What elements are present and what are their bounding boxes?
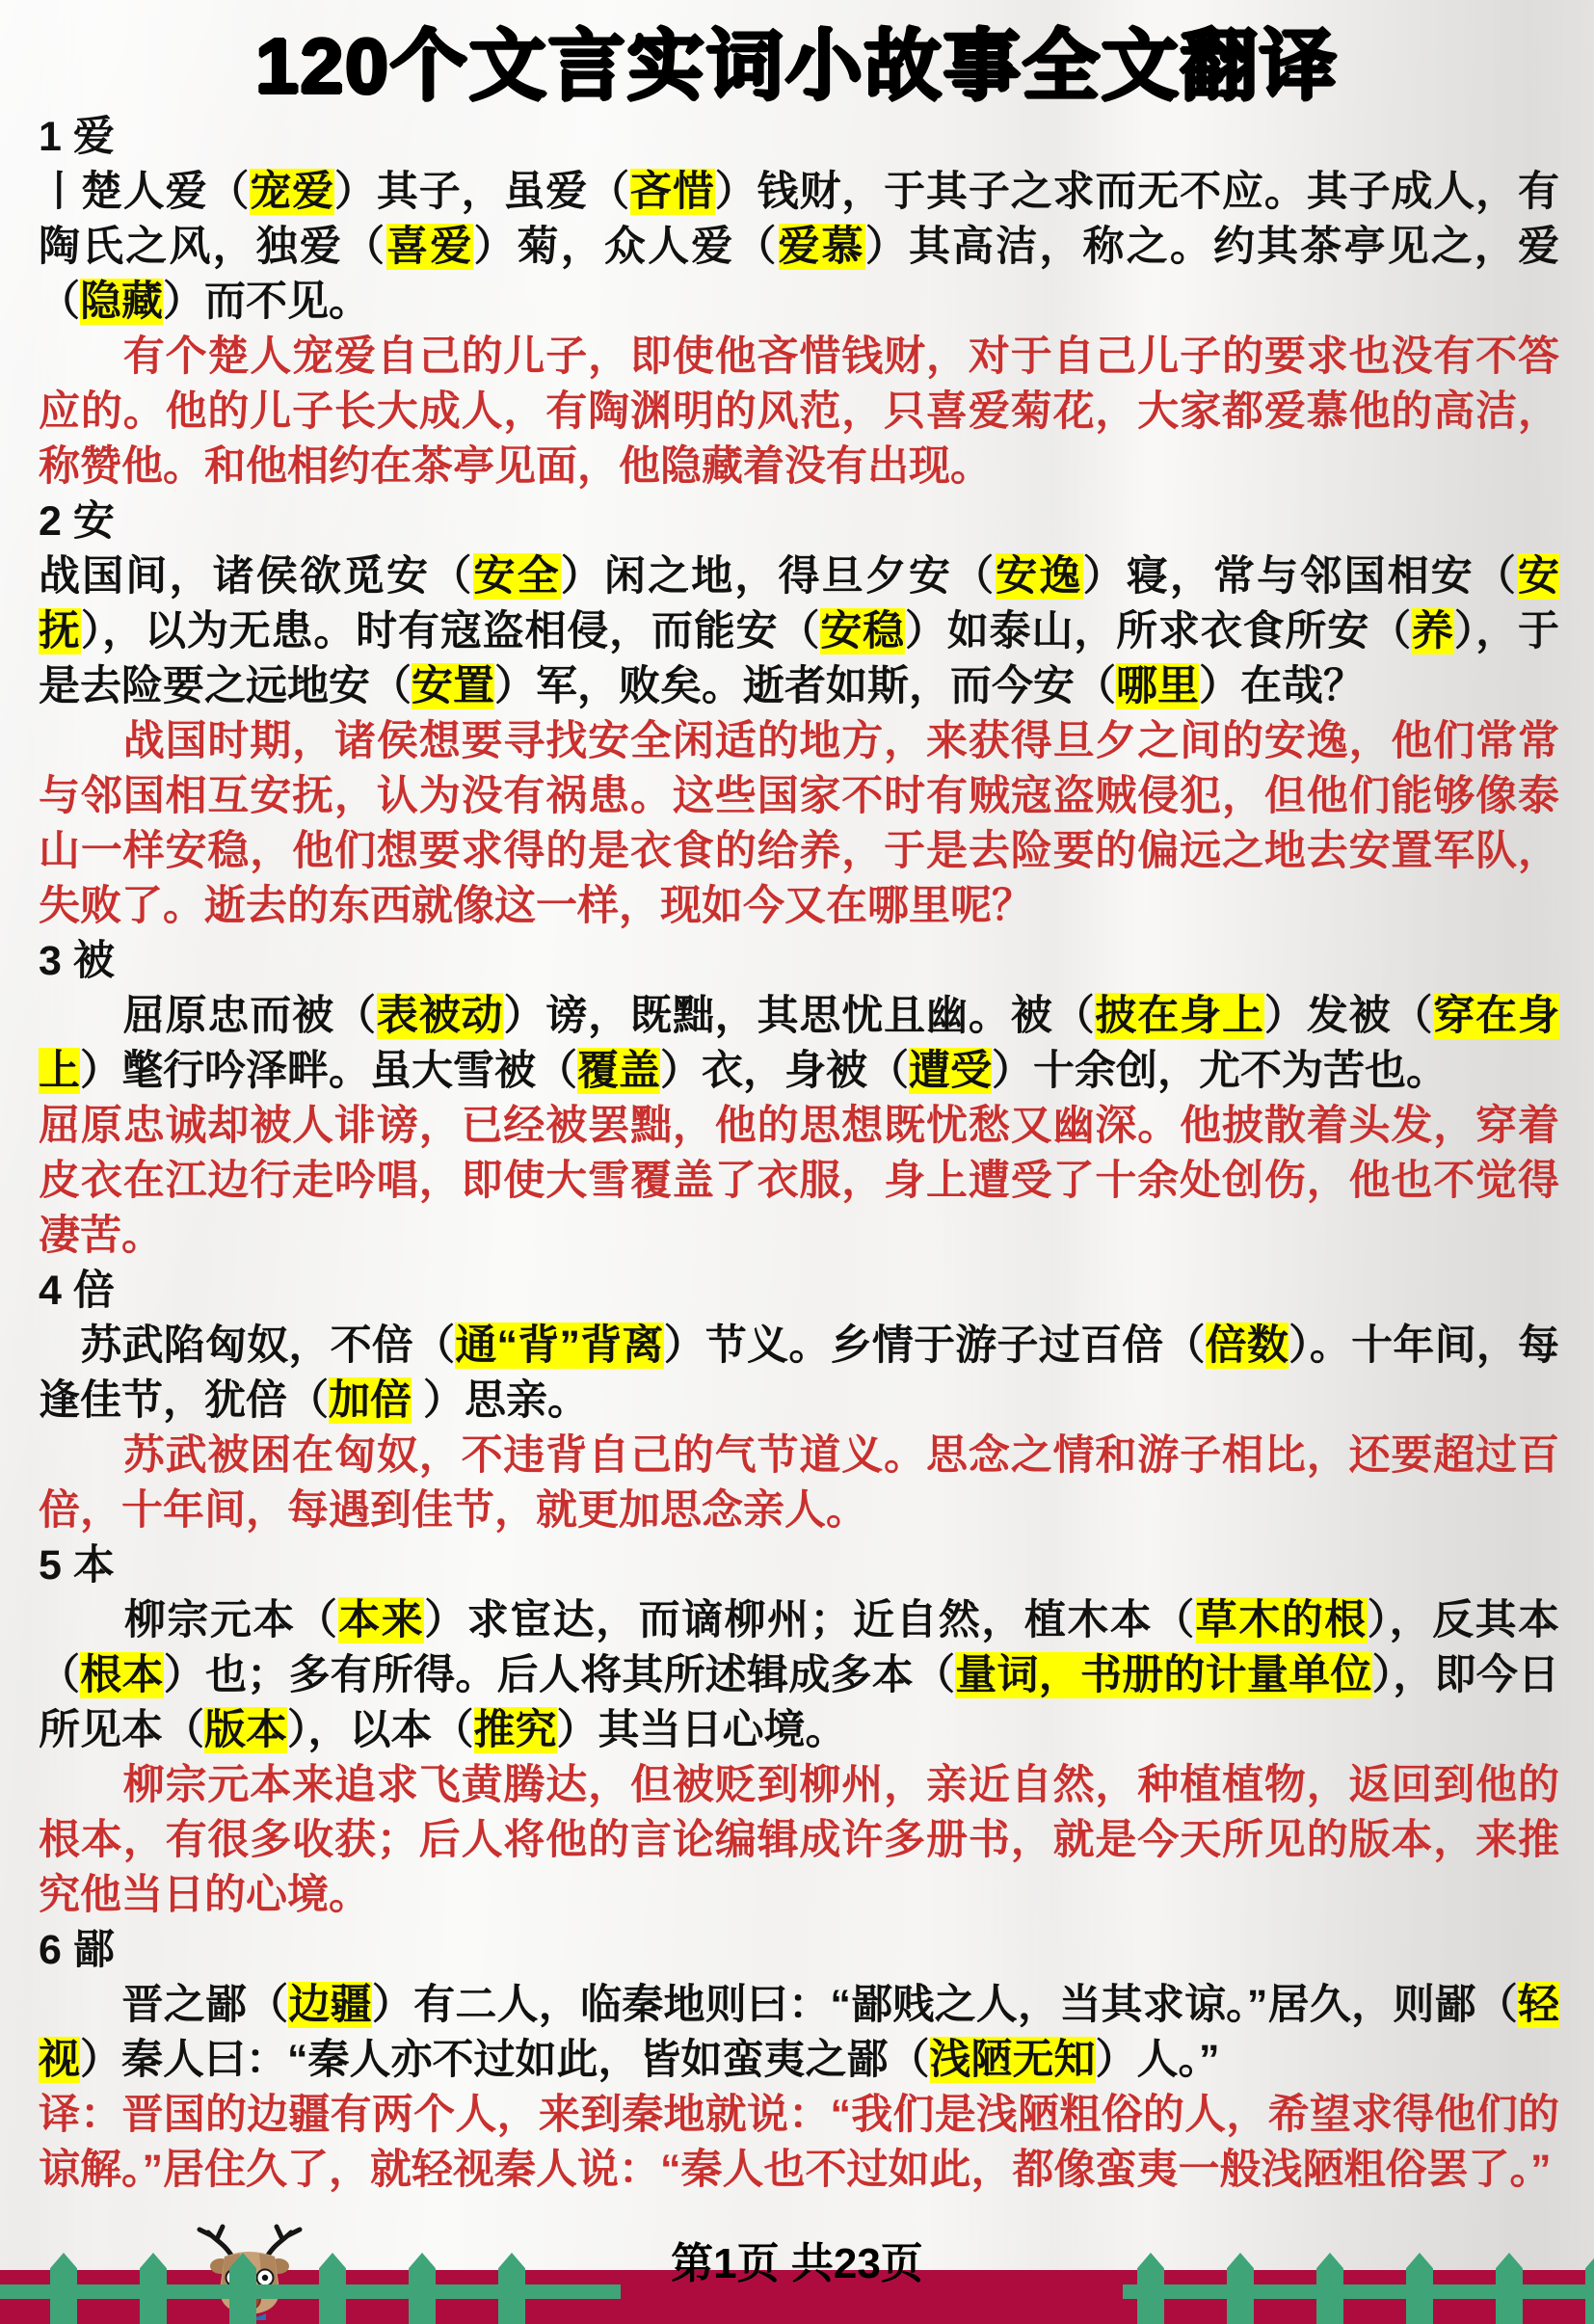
highlighted-annotation: 本来 — [338, 1597, 424, 1643]
story-segment: 战国间，诸侯欲觅安（ — [39, 553, 473, 600]
story-segment: ）也；多有所得。后人将其所述辑成多本（ — [164, 1652, 956, 1698]
story-segment: ）人。” — [1096, 2037, 1220, 2083]
story-segment: ）十余创，尤不为苦也。 — [992, 1048, 1448, 1094]
story-segment: ）其子，虽爱（ — [334, 169, 630, 215]
highlighted-annotation: 推究 — [474, 1707, 557, 1753]
highlighted-annotation: 披在身上 — [1095, 993, 1263, 1039]
story-segment: 晋之鄙（ — [39, 1982, 288, 2028]
highlighted-annotation: 版本 — [204, 1707, 287, 1753]
highlighted-annotation: 安稳 — [820, 608, 905, 654]
story-segment: ）军，败矣。逝者如斯，而今安（ — [494, 663, 1116, 709]
story-text: 战国间，诸侯欲觅安（安全）闲之地，得旦夕安（安逸）寝，常与邻国相安（安抚），以为… — [39, 549, 1559, 714]
story-segment: ）菊，众人爱（ — [473, 224, 778, 270]
highlighted-annotation: 哪里 — [1116, 663, 1199, 709]
highlighted-annotation: 安全 — [473, 553, 560, 600]
highlighted-annotation: 安逸 — [996, 553, 1082, 600]
story-segment: 柳宗元本（ — [39, 1597, 338, 1643]
story-segment: 屈原忠而被（ — [39, 993, 377, 1039]
section-heading: 4 倍 — [39, 1264, 1559, 1319]
translation-text: 苏武被困在匈奴，不违背自己的气节道义。思念之情和游子相比，还要超过百倍，十年间，… — [39, 1429, 1559, 1538]
highlighted-annotation: 遭受 — [909, 1048, 992, 1094]
story-text: 丨楚人爱（宠爱）其子，虽爱（吝惜）钱财，于其子之求而无不应。其子成人，有陶氏之风… — [39, 165, 1559, 330]
highlighted-annotation: 安置 — [412, 663, 494, 709]
highlighted-annotation: 隐藏 — [80, 279, 163, 325]
highlighted-annotation: 覆盖 — [577, 1048, 660, 1094]
story-segment: ）如泰山，所求衣食所安（ — [905, 608, 1412, 654]
story-segment: ）有二人，临秦地则曰：“鄙贱之人，当其求谅。”居久，则鄙（ — [372, 1982, 1518, 2028]
story-segment: ）寝，常与邻国相安（ — [1083, 553, 1518, 600]
story-segment: ），以为无患。时有寇盗相侵，而能安（ — [81, 608, 821, 654]
story-segment: ）闲之地，得旦夕安（ — [561, 553, 996, 600]
highlighted-annotation: 根本 — [80, 1652, 163, 1698]
story-segment: ），以本（ — [287, 1707, 474, 1753]
section-heading: 2 安 — [39, 494, 1559, 549]
story-segment: ）衣，身被（ — [660, 1048, 909, 1094]
story-segment: 苏武陷匈奴，不倍（ — [39, 1322, 455, 1369]
story-text: 柳宗元本（本来）求宦达，而谪柳州；近自然，植木本（草木的根），反其本（根本）也；… — [39, 1593, 1559, 1758]
highlighted-annotation: 通“背”背离 — [455, 1322, 663, 1369]
highlighted-annotation: 喜爱 — [386, 224, 473, 270]
document-page: 120个文言实词小故事全文翻译 1 爱丨楚人爱（宠爱）其子，虽爱（吝惜）钱财，于… — [0, 0, 1594, 2324]
translation-text: 有个楚人宠爱自己的儿子，即使他吝惜钱财，对于自己儿子的要求也没有不答应的。他的儿… — [39, 330, 1559, 494]
highlighted-annotation: 表被动 — [377, 993, 504, 1039]
story-segment: ）谤，既黜，其思忧且幽。被（ — [503, 993, 1095, 1039]
story-segment: ）在哉？ — [1199, 663, 1365, 709]
story-text: 晋之鄙（边疆）有二人，临秦地则曰：“鄙贱之人，当其求谅。”居久，则鄙（轻视）秦人… — [39, 1978, 1559, 2088]
highlighted-annotation: 草木的根 — [1196, 1597, 1368, 1643]
translation-text: 柳宗元本来追求飞黄腾达，但被贬到柳州，亲近自然，种植植物，返回到他的根本，有很多… — [39, 1758, 1559, 1923]
story-segment: ）其当日心境。 — [557, 1707, 847, 1753]
highlighted-annotation: 宠爱 — [250, 169, 334, 215]
highlighted-annotation: 边疆 — [288, 1982, 371, 2028]
highlighted-annotation: 量词，书册的计量单位 — [955, 1652, 1371, 1698]
highlighted-annotation: 倍数 — [1206, 1322, 1288, 1369]
section-heading: 3 被 — [39, 934, 1559, 989]
highlighted-annotation: 爱慕 — [779, 224, 865, 270]
highlighted-annotation: 吝惜 — [630, 169, 715, 215]
story-segment: ）发被（ — [1264, 993, 1433, 1039]
story-segment: ）秦人曰：“秦人亦不过如此，皆如蛮夷之鄙（ — [80, 2037, 930, 2083]
section-heading: 1 爱 — [39, 110, 1559, 165]
highlighted-annotation: 浅陋无知 — [930, 2037, 1096, 2083]
story-segment: 丨楚人爱（ — [39, 169, 250, 215]
highlighted-annotation: 加倍 — [329, 1377, 412, 1424]
section-heading: 5 本 — [39, 1538, 1559, 1593]
story-segment: ）氅行吟泽畔。虽大雪被（ — [80, 1048, 577, 1094]
highlighted-annotation: 养 — [1412, 608, 1454, 654]
story-segment: ）思亲。 — [412, 1377, 589, 1424]
story-text: 苏武陷匈奴，不倍（通“背”背离）节义。乡情于游子过百倍（倍数）。十年间，每逢佳节… — [39, 1319, 1559, 1429]
story-segment: ）求宦达，而谪柳州；近自然，植木本（ — [424, 1597, 1196, 1643]
content-area: 1 爱丨楚人爱（宠爱）其子，虽爱（吝惜）钱财，于其子之求而无不应。其子成人，有陶… — [39, 110, 1559, 2198]
translation-text: 译：晋国的边疆有两个人，来到秦地就说：“我们是浅陋粗俗的人，希望求得他们的谅解。… — [39, 2088, 1559, 2198]
story-segment: ）而不见。 — [163, 279, 370, 325]
translation-text: 战国时期，诸侯想要寻找安全闲适的地方，来获得旦夕之间的安逸，他们常常与邻国相互安… — [39, 714, 1559, 934]
page-title: 120个文言实词小故事全文翻译 — [0, 23, 1594, 110]
page-footer: 第1页 共23页 — [0, 2229, 1594, 2290]
story-segment: ）节义。乡情于游子过百倍（ — [664, 1322, 1206, 1369]
section-heading: 6 鄙 — [39, 1923, 1559, 1978]
translation-text: 屈原忠诚却被人诽谤，已经被罢黜，他的思想既忧愁又幽深。他披散着头发，穿着皮衣在江… — [39, 1099, 1559, 1264]
story-text: 屈原忠而被（表被动）谤，既黜，其思忧且幽。被（披在身上）发被（穿在身上）氅行吟泽… — [39, 989, 1559, 1099]
